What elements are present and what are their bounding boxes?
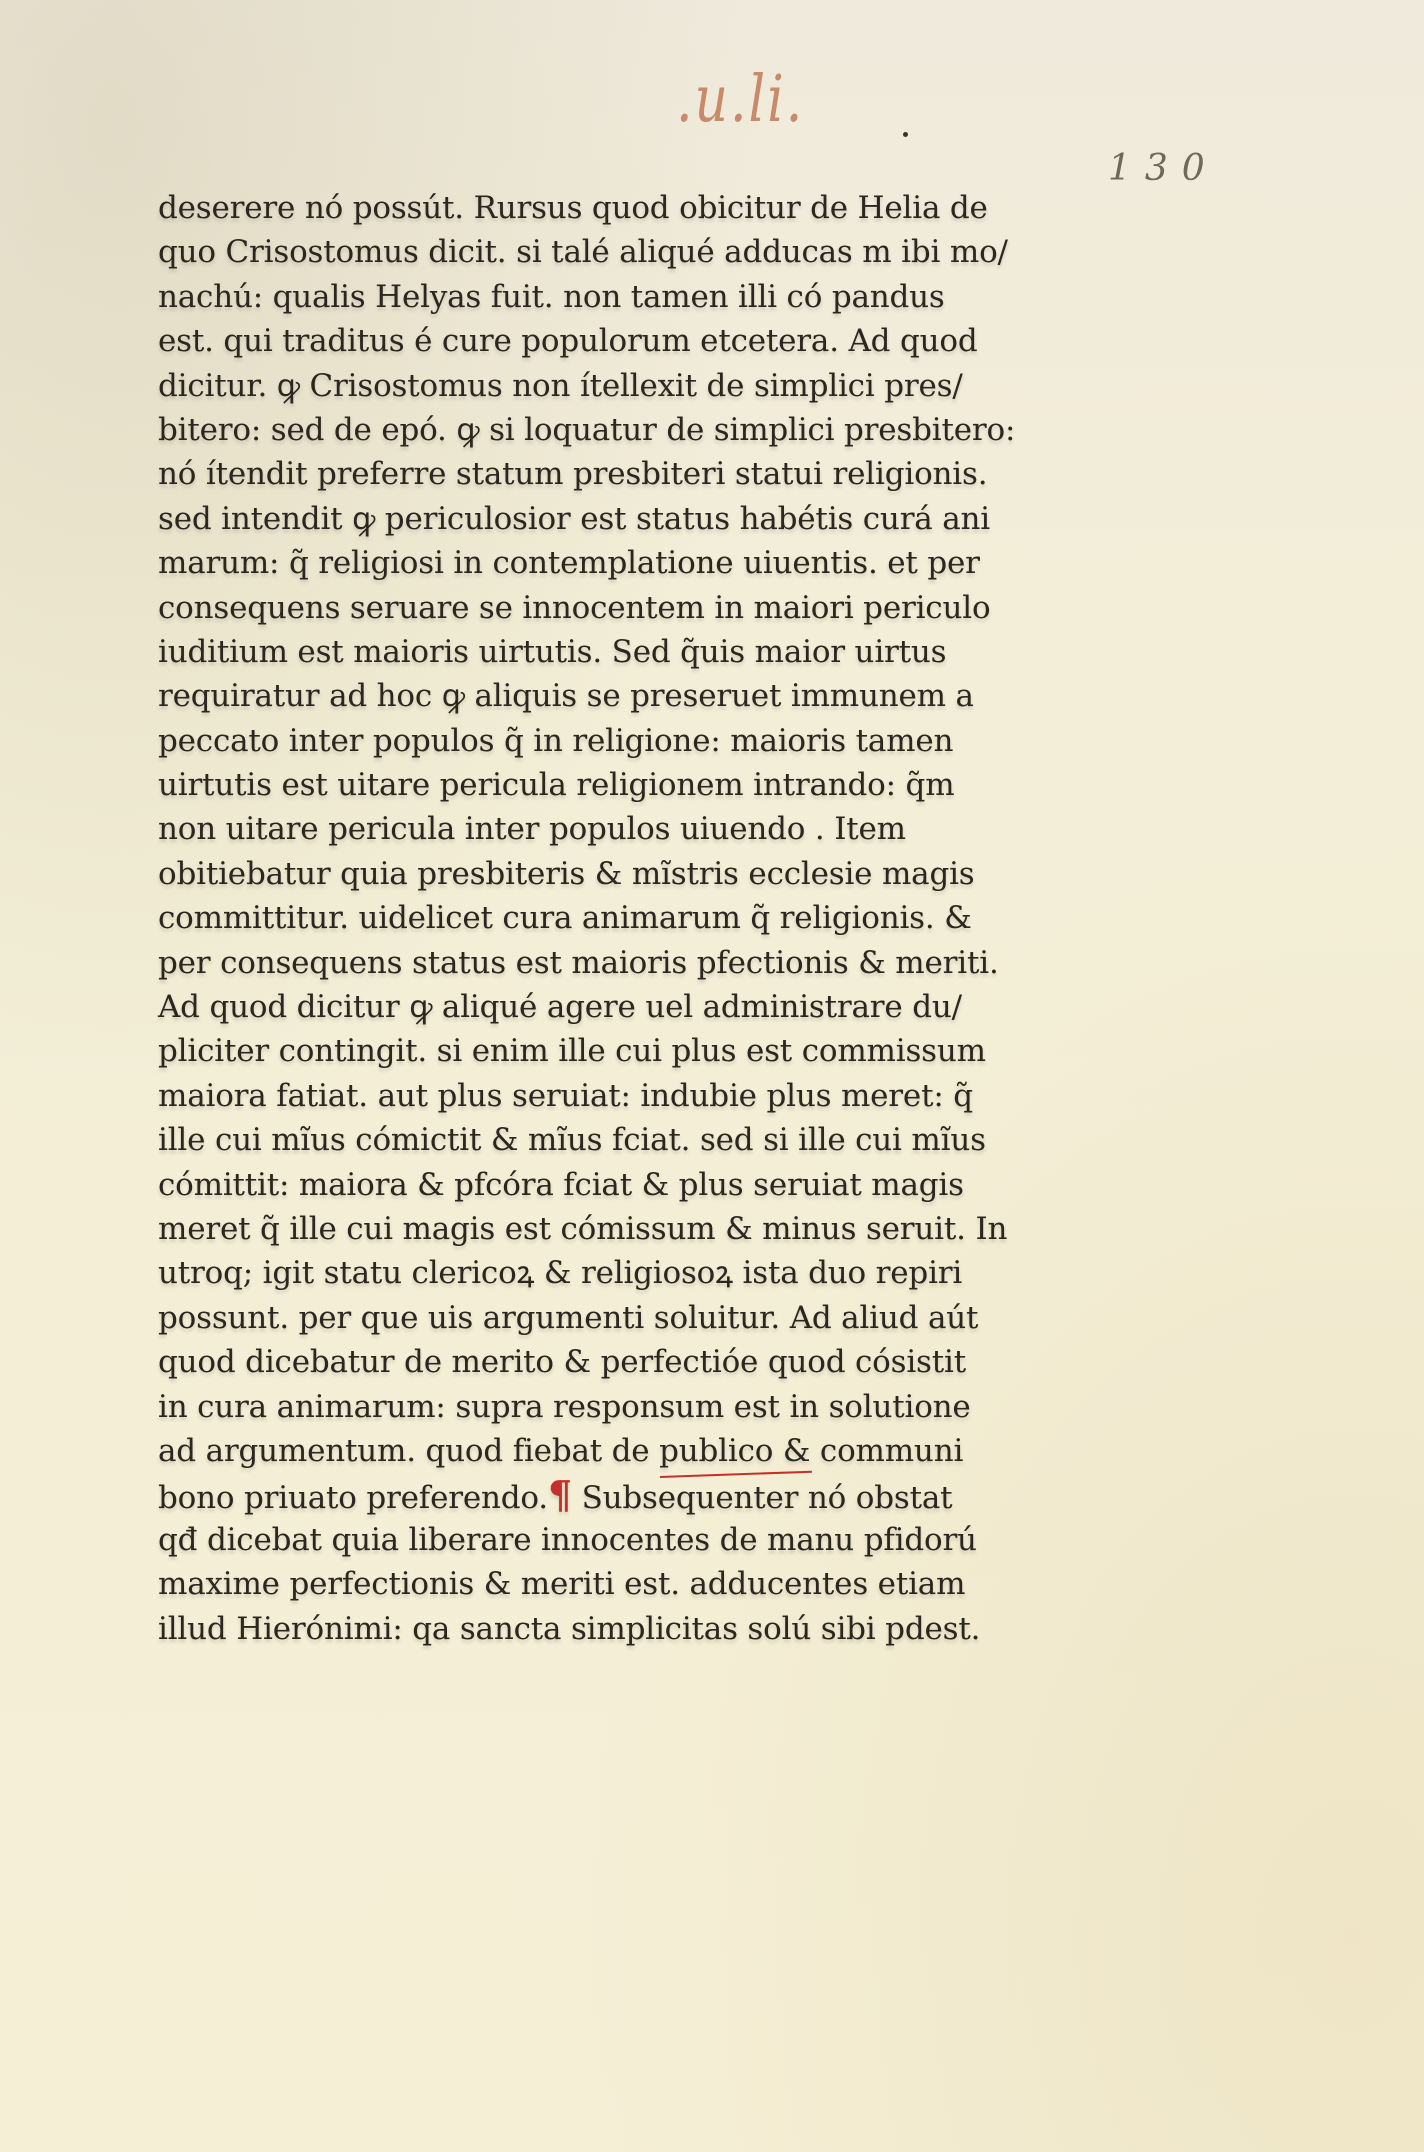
text-line: quod dicebatur de merito & perfectióe qu… — [158, 1340, 1078, 1384]
text-line: peccato inter populos q̃ in religione: m… — [158, 719, 1078, 763]
text-line: pliciter contingit. si enim ille cui plu… — [158, 1029, 1078, 1073]
text-line-start: bono priuato preferendo. — [158, 1480, 548, 1516]
ink-speck — [903, 132, 908, 137]
text-line: ad argumentum. quod fiebat de publico & … — [158, 1429, 1078, 1473]
foliation-mark: .u.li. — [676, 62, 804, 137]
pilcrow-rubric-icon: ¶ — [548, 1472, 572, 1517]
text-line: utroq; igit statu clericoꝝ & religiosoꝝ … — [158, 1251, 1078, 1295]
text-line: nó ítendit preferre statum presbiteri st… — [158, 452, 1078, 496]
text-line: obitiebatur quia presbiteris & mĩstris e… — [158, 852, 1078, 896]
text-line-continuation: Subsequenter nó obstat — [572, 1480, 952, 1516]
text-line: uirtutis est uitare pericula religionem … — [158, 763, 1078, 807]
text-line: in cura animarum: supra responsum est in… — [158, 1385, 1078, 1429]
text-line: maxime perfectionis & meriti est. adduce… — [158, 1562, 1078, 1606]
text-line: est. qui traditus é cure populorum etcet… — [158, 319, 1078, 363]
text-line: Ad quod dicitur ꝙ aliqué agere uel admin… — [158, 985, 1078, 1029]
text-line: quo Crisostomus dicit. si talé aliqué ad… — [158, 230, 1078, 274]
text-line: ille cui mĩus cómictit & mĩus fciat. sed… — [158, 1118, 1078, 1162]
text-line-with-rubric: bono priuato preferendo.¶ Subsequenter n… — [158, 1473, 1078, 1517]
text-line: requiratur ad hoc ꝙ aliquis se preseruet… — [158, 674, 1078, 718]
text-line: maiora fatiat. aut plus seruiat: indubie… — [158, 1074, 1078, 1118]
text-line: bitero: sed de epó. ꝙ si loquatur de sim… — [158, 408, 1078, 452]
text-block: deserere nó possút. Rursus quod obicitur… — [158, 186, 1078, 1651]
text-line: committitur. uidelicet cura animarum q̃ … — [158, 896, 1078, 940]
text-line: iuditium est maioris uirtutis. Sed q̃uis… — [158, 630, 1078, 674]
text-line: qđ dicebat quia liberare innocentes de m… — [158, 1518, 1078, 1562]
text-line: consequens seruare se innocentem in maio… — [158, 586, 1078, 630]
text-line: per consequens status est maioris pfecti… — [158, 941, 1078, 985]
text-line: cómittit: maiora & pfcóra fciat & plus s… — [158, 1163, 1078, 1207]
text-line: sed intendit ꝙ periculosior est status h… — [158, 497, 1078, 541]
text-line: nachú: qualis Helyas fuit. non tamen ill… — [158, 275, 1078, 319]
text-line: dicitur. ꝙ Crisostomus non ítellexit de … — [158, 364, 1078, 408]
text-line: illud Hierónimi: qa sancta simplicitas s… — [158, 1607, 1078, 1651]
page-number: 130 — [1108, 148, 1219, 189]
manuscript-page: .u.li. 130 deserere nó possút. Rursus qu… — [0, 0, 1424, 2152]
text-line: possunt. per que uis argumenti soluitur.… — [158, 1296, 1078, 1340]
text-line: non uitare pericula inter populos uiuend… — [158, 807, 1078, 851]
text-line: marum: q̃ religiosi in contemplatione ui… — [158, 541, 1078, 585]
text-line: meret q̃ ille cui magis est cómissum & m… — [158, 1207, 1078, 1251]
text-line: deserere nó possút. Rursus quod obicitur… — [158, 186, 1078, 230]
